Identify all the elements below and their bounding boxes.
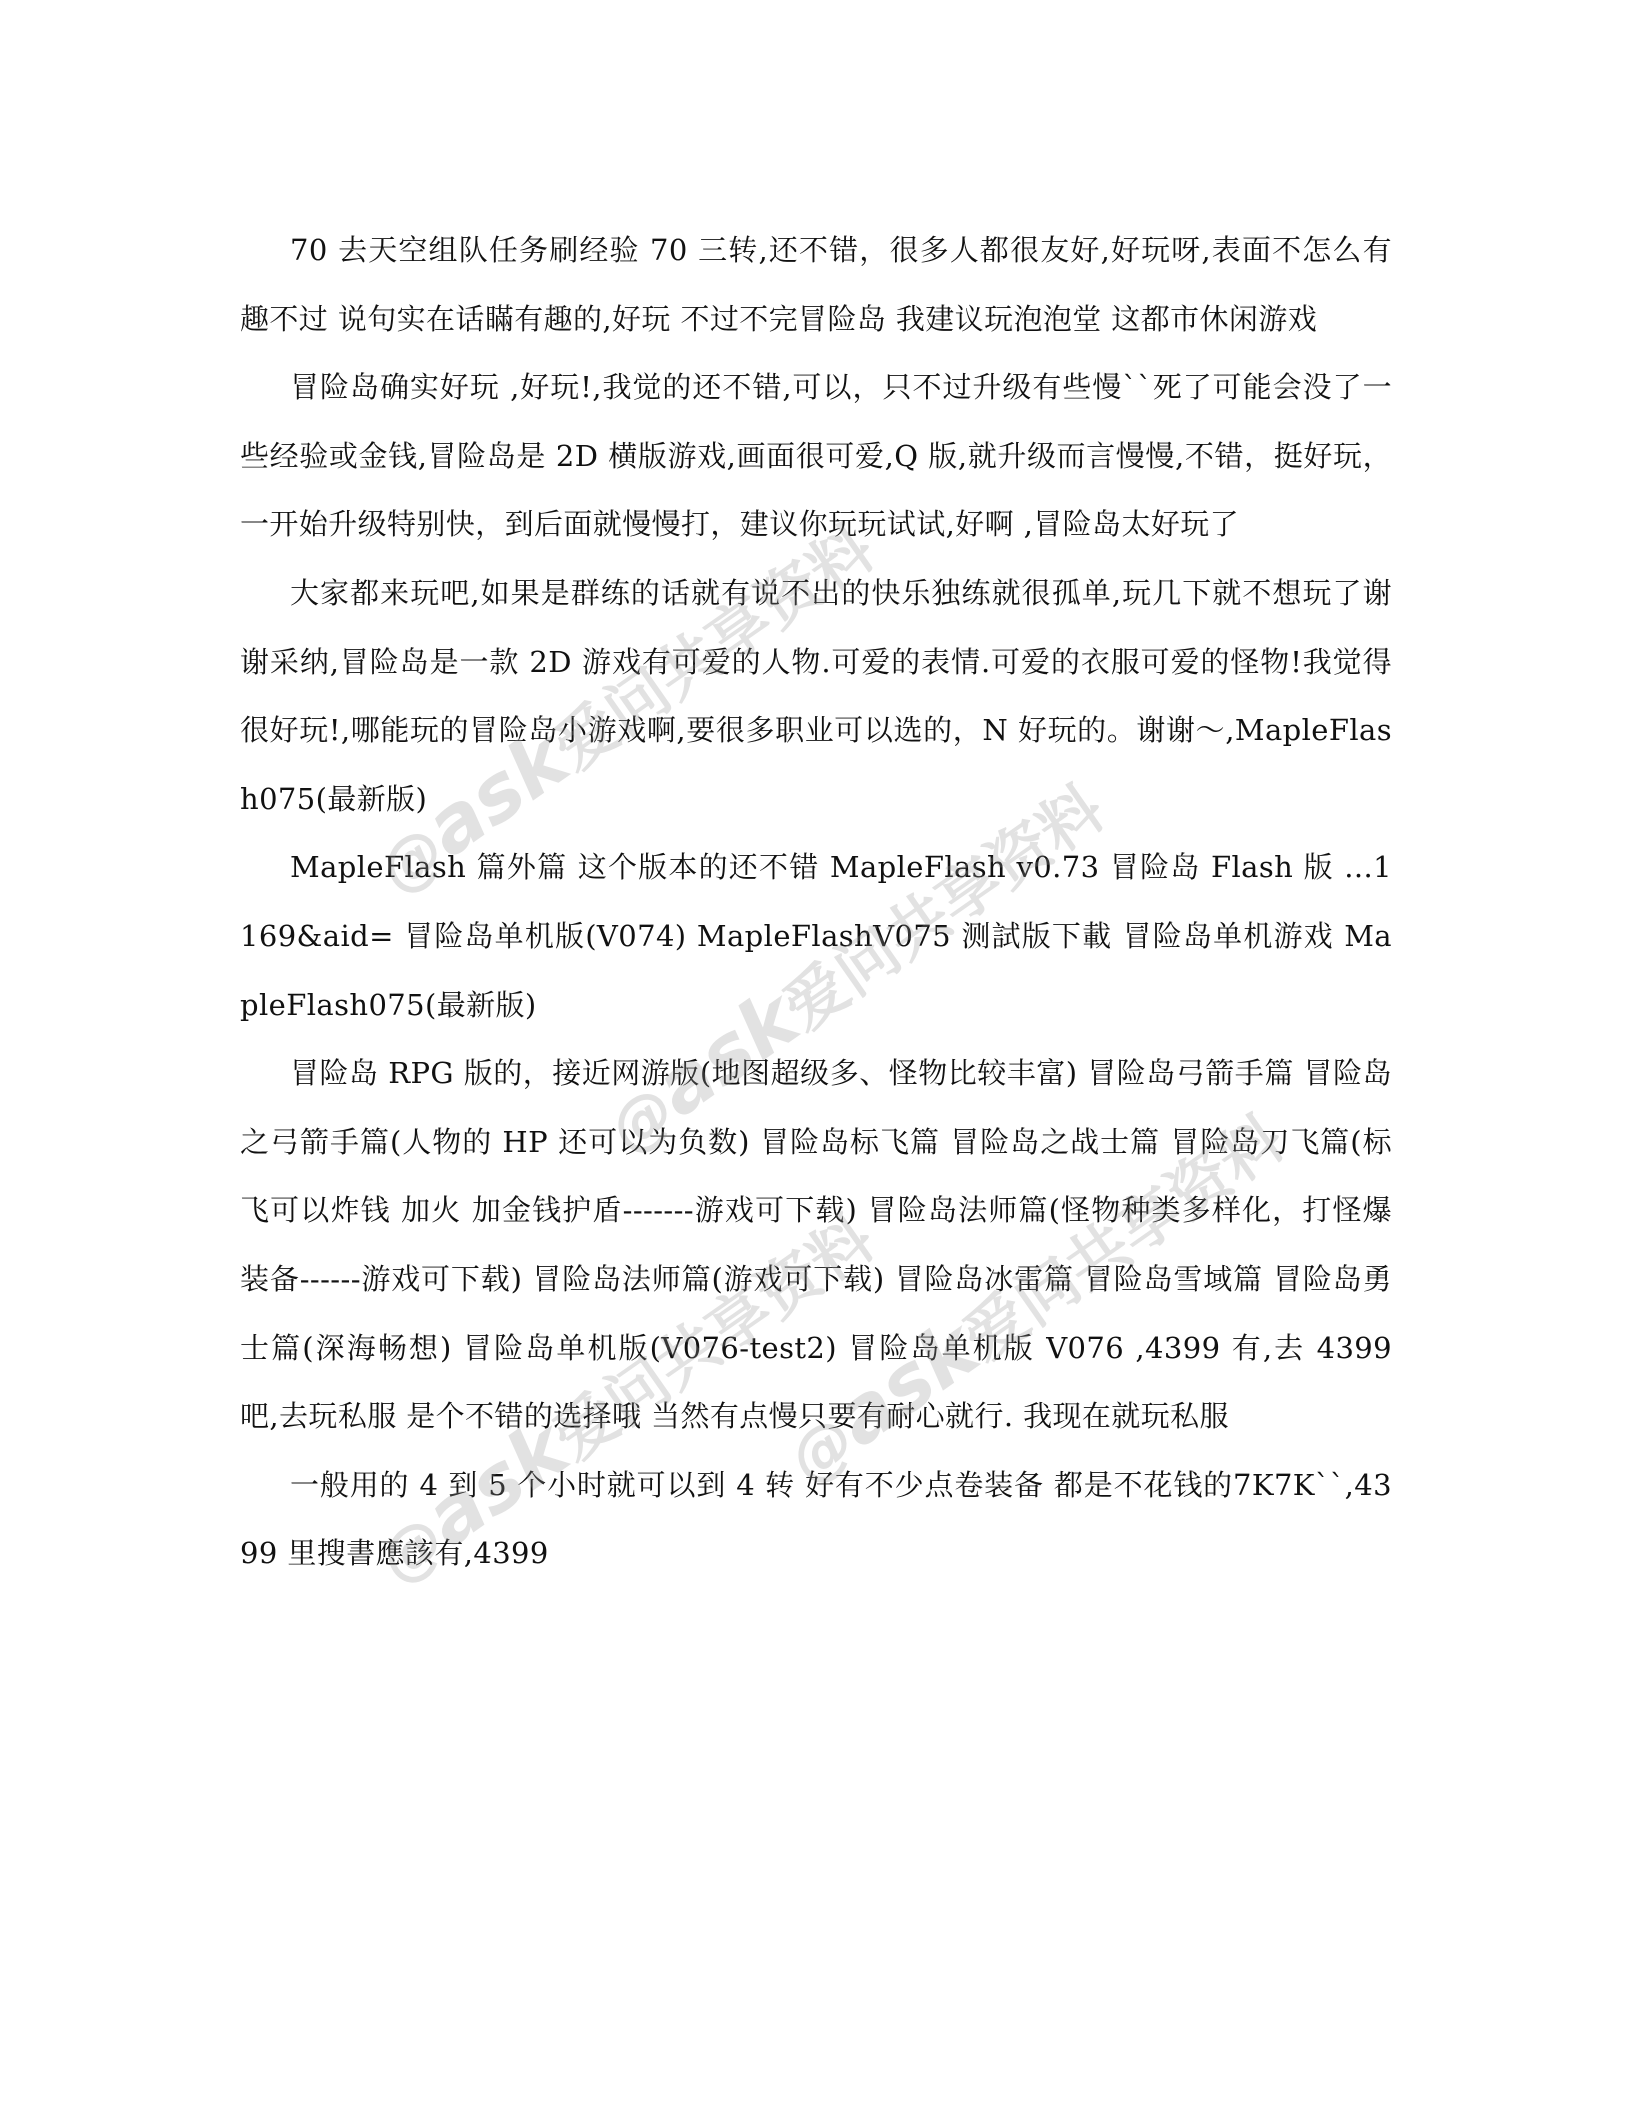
paragraph: 冒险岛确实好玩 ,好玩!,我觉的还不错,可以，只不过升级有些慢``死了可能会没了… — [240, 353, 1392, 559]
document-page: 70 去天空组队任务刷经验 70 三转,还不错，很多人都很友好,好玩呀,表面不怎… — [0, 0, 1632, 2112]
paragraph: 70 去天空组队任务刷经验 70 三转,还不错，很多人都很友好,好玩呀,表面不怎… — [240, 216, 1392, 353]
paragraph: 一般用的 4 到 5 个小时就可以到 4 转 好有不少点卷装备 都是不花钱的7K… — [240, 1451, 1392, 1588]
paragraph: 冒险岛 RPG 版的，接近网游版(地图超级多、怪物比较丰富) 冒险岛弓箭手篇 冒… — [240, 1039, 1392, 1451]
paragraph: 大家都来玩吧,如果是群练的话就有说不出的快乐独练就很孤单,玩几下就不想玩了谢谢采… — [240, 559, 1392, 833]
paragraph: MapleFlash 篇外篇 这个版本的还不错 MapleFlash v0.73… — [240, 833, 1392, 1039]
document-body: 70 去天空组队任务刷经验 70 三转,还不错，很多人都很友好,好玩呀,表面不怎… — [240, 216, 1392, 1588]
